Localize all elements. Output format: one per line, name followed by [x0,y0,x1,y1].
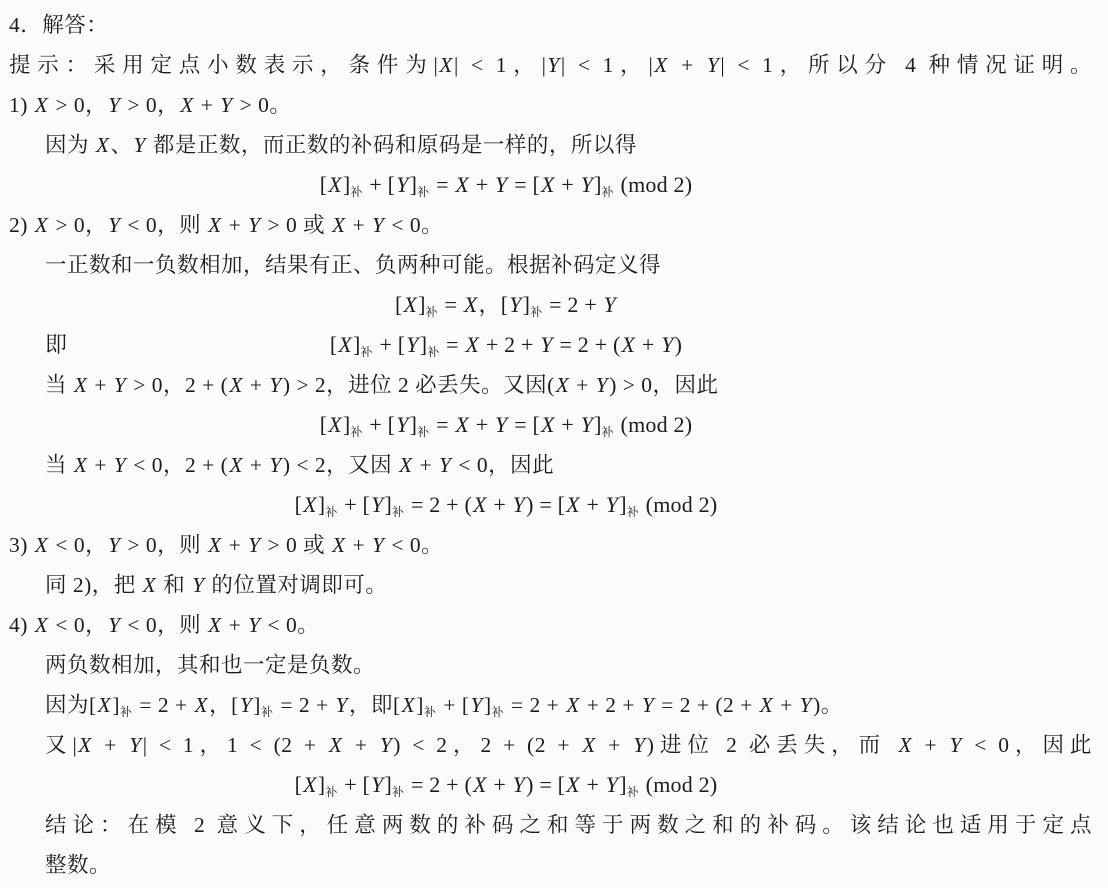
math-variable: Y [470,693,484,717]
text-run: ] [112,693,120,717]
formula-label: 即 [45,325,68,365]
text-line-12: 当 X + Y < 0，2 + (X + Y) < 2，又因 X + Y < 0… [0,445,1108,485]
text-line-21: 结论：在模 2 意义下，任意两数的补码之和等于两数之和的补码。该结论也适用于定点 [0,805,1108,845]
text-line-1: 4．解答： [0,5,1108,45]
math-variable: X [142,573,158,597]
math-variable: Y [113,453,127,477]
text-run: ] [353,332,361,357]
math-variable: Y [371,213,385,237]
text-run: ) > 0，因此 [609,373,718,397]
text-run: + [347,533,371,557]
text-run: 3) [9,533,34,557]
text-run: + [581,492,605,517]
text-run: 和 [157,573,191,597]
text-run: = 2 + [543,292,602,317]
text-run: + [ [339,492,371,517]
text-run: + [470,412,494,437]
math-variable: X [472,772,488,797]
math-variable: Y [268,373,282,397]
text-run: )进位 2 必丢失，而 [647,733,898,757]
text-run: ] [594,412,602,437]
complement-subscript: 补 [325,785,338,799]
math-variable: Y [706,53,720,77]
text-run: + [488,772,512,797]
math-variable: Y [370,492,384,517]
math-variable: X [302,772,318,797]
math-variable: X [555,373,571,397]
text-run: | < 1，1 < (2 + [143,733,328,757]
math-variable: X [34,213,50,237]
text-run: 因为 [45,133,95,157]
text-run: > 0， [122,93,180,117]
text-run: + [ [364,412,396,437]
complement-subscript: 补 [602,185,615,199]
text-run: + [93,733,128,757]
math-variable: X [402,292,418,317]
math-variable: X [472,492,488,517]
text-run: 因为[ [45,693,97,717]
text-run: ] [594,172,602,197]
complement-subscript: 补 [261,705,275,719]
text-run: < 0。 [262,613,320,637]
math-variable: X [463,292,479,317]
text-run: + [223,533,247,557]
text-run: > 0，则 [122,533,208,557]
math-variable: Y [603,292,617,317]
text-run: + [223,213,247,237]
math-variable: X [327,172,343,197]
text-run: + [470,172,494,197]
text-run: ) = [ [526,772,565,797]
text-run: < 0，因此 [452,453,554,477]
formula-line-11: [X]补 + [Y]补 = X + Y = [X + Y]补 (mod 2) [0,405,1108,445]
text-run: = 2 + [505,693,565,717]
text-run: + [ [339,772,371,797]
document-body: 4．解答：提示：采用定点小数表示，条件为|X| < 1，|Y| < 1，|X +… [0,0,1108,888]
math-variable: X [337,332,353,357]
text-run: ) [675,332,683,357]
math-variable: Y [379,733,393,757]
math-variable: Y [494,172,508,197]
text-run: ) > 2，进位 2 必丢失。又因( [283,373,555,397]
math-variable: Y [948,733,962,757]
math-variable: X [565,693,581,717]
text-run: )。 [813,693,843,717]
complement-subscript: 补 [602,425,615,439]
text-run: ] [619,492,627,517]
text-run: 提示：采用定点小数表示，条件为| [9,53,438,77]
math-variable: Y [632,733,646,757]
math-variable: X [73,453,89,477]
math-variable: Y [395,172,409,197]
math-variable: Y [512,772,526,797]
text-line-16: 4) X < 0，Y < 0，则 X + Y < 0。 [0,605,1108,645]
text-run: + [414,453,438,477]
math-variable: X [207,533,223,557]
text-run: + [669,53,706,77]
text-run: + [913,733,948,757]
math-variable: Y [512,492,526,517]
text-run: 同 2)，把 [45,573,142,597]
math-variable: X [328,733,344,757]
text-run: ] [416,693,424,717]
math-variable: X [454,172,470,197]
math-variable: X [194,693,210,717]
text-run: + [223,613,247,637]
complement-subscript: 补 [417,185,430,199]
text-run: > 0 或 [262,213,331,237]
text-run: + 2 + [581,693,641,717]
complement-subscript: 补 [350,185,363,199]
text-run: + [556,412,580,437]
text-run: + [597,733,632,757]
text-run: < 0，则 [122,213,208,237]
math-variable: Y [107,93,121,117]
math-variable: Y [247,613,261,637]
text-run: = 2 + (2 + [655,693,758,717]
text-run: + [89,453,113,477]
text-run: 结论：在模 2 意义下，任意两数的补码之和等于两数之和的补码。该结论也适用于定点 [45,813,1092,837]
text-run: | < 1，| [561,53,653,77]
math-variable: Y [605,492,619,517]
math-variable: X [207,613,223,637]
text-run: + [636,332,660,357]
text-run: < 0，因此 [963,733,1092,757]
math-variable: Y [641,693,655,717]
text-run: = [440,332,464,357]
math-variable: Y [580,412,594,437]
complement-subscript: 补 [361,345,374,359]
math-variable: Y [335,693,349,717]
text-run: ) = [ [526,492,565,517]
text-run: < 0， [49,533,107,557]
complement-subscript: 补 [530,305,543,319]
text-run: + [ [364,172,396,197]
text-run: 一正数和一负数相加，结果有正、负两种可能。根据补码定义得 [45,253,661,277]
math-variable: Y [508,292,522,317]
math-variable: X [540,172,556,197]
text-run: > 0，2 + ( [127,373,228,397]
complement-subscript: 补 [120,705,134,719]
text-run: ] [385,772,393,797]
text-run: 整数。 [45,853,111,877]
math-variable: X [228,453,244,477]
complement-subscript: 补 [424,705,438,719]
math-variable: Y [370,772,384,797]
math-variable: X [331,213,347,237]
text-run: ] [385,492,393,517]
text-run: | < 1，所以分 4 种情况证明。 [720,53,1092,77]
document-page: { "page": { "background_color": "#fbfbf9… [0,0,1108,888]
text-run: ) < 2，2 + (2 + [393,733,581,757]
complement-subscript: 补 [392,505,405,519]
math-variable: X [653,53,669,77]
text-line-22: 整数。 [0,845,1108,885]
math-variable: X [34,93,50,117]
text-line-15: 同 2)，把 X 和 Y 的位置对调即可。 [0,565,1108,605]
formula-line-13: [X]补 + [Y]补 = 2 + (X + Y) = [X + Y]补 (mo… [0,485,1108,525]
text-run: = 2 + ( [405,492,472,517]
text-run: > 0。 [234,93,292,117]
text-run: 4．解答： [9,13,108,37]
text-run: = [430,412,454,437]
math-variable: Y [247,213,261,237]
formula-line-9: 即[X]补 + [Y]补 = X + 2 + Y = 2 + (X + Y) [0,325,1108,365]
text-run: ，[ [479,292,509,317]
text-run: + [ [374,332,406,357]
text-run: + [774,693,798,717]
text-run: + [244,373,268,397]
text-run: + [488,492,512,517]
text-run: < 0。 [385,533,443,557]
math-variable: Y [247,533,261,557]
math-variable: Y [371,533,385,557]
text-run: (mod 2) [640,772,717,797]
math-variable: Y [438,453,452,477]
text-run: ) < 2，又因 [283,453,398,477]
text-run: = [ [508,412,540,437]
math-variable: X [73,373,89,397]
math-variable: Y [660,332,674,357]
math-variable: Y [580,172,594,197]
text-run: 、 [111,133,133,157]
math-variable: Y [405,332,419,357]
math-variable: Y [128,733,142,757]
text-run: (mod 2) [640,492,717,517]
text-run: | < 1，| [454,53,546,77]
text-line-7: 一正数和一负数相加，结果有正、负两种可能。根据补码定义得 [0,245,1108,285]
math-variable: X [77,733,93,757]
formula-line-5: [X]补 + [Y]补 = X + Y = [X + Y]补 (mod 2) [0,165,1108,205]
math-variable: X [565,772,581,797]
math-variable: X [34,613,50,637]
complement-subscript: 补 [427,345,440,359]
math-variable: X [207,213,223,237]
text-line-3: 1) X > 0，Y > 0，X + Y > 0。 [0,85,1108,125]
math-variable: Y [395,412,409,437]
formula-line-20: [X]补 + [Y]补 = 2 + (X + Y) = [X + Y]补 (mo… [0,765,1108,805]
text-run: ] [484,693,492,717]
complement-subscript: 补 [426,305,439,319]
math-variable: Y [219,93,233,117]
text-run: = [439,292,463,317]
math-variable: X [401,693,417,717]
math-variable: X [97,693,113,717]
math-variable: Y [107,213,121,237]
math-variable: X [898,733,914,757]
text-run: > 0 或 [262,533,331,557]
text-run: = [ [508,172,540,197]
math-variable: X [327,412,343,437]
text-run: + [244,453,268,477]
math-variable: X [34,533,50,557]
math-variable: X [621,332,637,357]
text-run: + [347,213,371,237]
text-run: + [195,93,219,117]
math-variable: Y [268,453,282,477]
math-variable: Y [799,693,813,717]
text-run: ，即[ [349,693,401,717]
math-variable: X [179,93,195,117]
math-variable: Y [107,613,121,637]
text-run: = 2 + ( [554,332,621,357]
text-run: < 0，则 [122,613,208,637]
math-variable: X [228,373,244,397]
text-run: = 2 + [274,693,334,717]
complement-subscript: 补 [417,425,430,439]
math-variable: X [464,332,480,357]
math-variable: Y [133,133,147,157]
text-run: = [430,172,454,197]
text-run: 2) [9,213,34,237]
math-variable: X [540,412,556,437]
math-variable: Y [595,373,609,397]
text-run: 又| [45,733,77,757]
math-variable: X [565,492,581,517]
text-run: = 2 + [134,693,194,717]
text-run: 的位置对调即可。 [206,573,388,597]
text-run: 都是正数，而正数的补码和原码是一样的，所以得 [147,133,637,157]
text-line-18: 因为[X]补 = 2 + X，[Y]补 = 2 + Y，即[X]补 + [Y]补… [0,685,1108,725]
text-run: + [89,373,113,397]
text-run: + [344,733,379,757]
math-variable: X [331,533,347,557]
math-variable: X [438,53,454,77]
math-variable: X [581,733,597,757]
text-run: + [570,373,594,397]
text-line-17: 两负数相加，其和也一定是负数。 [0,645,1108,685]
text-run: > 0， [49,93,107,117]
text-run: 当 [45,373,73,397]
text-run: < 0。 [385,213,443,237]
text-line-14: 3) X < 0，Y > 0，则 X + Y > 0 或 X + Y < 0。 [0,525,1108,565]
math-variable: X [454,412,470,437]
text-run: ] [619,772,627,797]
text-run: 当 [45,453,73,477]
complement-subscript: 补 [325,505,338,519]
text-line-2: 提示：采用定点小数表示，条件为|X| < 1，|Y| < 1，|X + Y| <… [0,45,1108,85]
text-run: + 2 + [480,332,539,357]
text-run: < 0，2 + ( [127,453,228,477]
math-variable: Y [113,373,127,397]
text-run: ] [253,693,261,717]
math-variable: Y [494,412,508,437]
text-run: 4) [9,613,34,637]
complement-subscript: 补 [627,505,640,519]
formula-line-8: [X]补 = X，[Y]补 = 2 + Y [0,285,1108,325]
text-run: > 0， [49,213,107,237]
math-variable: Y [191,573,205,597]
text-run: 两负数相加，其和也一定是负数。 [45,653,375,677]
text-line-4: 因为 X、Y 都是正数，而正数的补码和原码是一样的，所以得 [0,125,1108,165]
complement-subscript: 补 [627,785,640,799]
text-run: ，[ [209,693,239,717]
text-run: (mod 2) [615,412,692,437]
math-variable: X [302,492,318,517]
text-run: < 0， [49,613,107,637]
math-variable: Y [107,533,121,557]
text-line-10: 当 X + Y > 0，2 + (X + Y) > 2，进位 2 必丢失。又因(… [0,365,1108,405]
text-line-19: 又|X + Y| < 1，1 < (2 + X + Y) < 2，2 + (2 … [0,725,1108,765]
math-variable: Y [546,53,560,77]
complement-subscript: 补 [350,425,363,439]
text-run: = 2 + ( [405,772,472,797]
math-variable: X [759,693,775,717]
text-run: + [556,172,580,197]
complement-subscript: 补 [392,785,405,799]
math-variable: Y [539,332,553,357]
text-run: 1) [9,93,34,117]
text-run: + [ [437,693,469,717]
text-line-6: 2) X > 0，Y < 0，则 X + Y > 0 或 X + Y < 0。 [0,205,1108,245]
complement-subscript: 补 [492,705,506,719]
text-run: + [581,772,605,797]
math-variable: X [95,133,111,157]
text-run: ] [418,292,426,317]
math-variable: X [398,453,414,477]
math-variable: Y [605,772,619,797]
math-variable: Y [239,693,253,717]
text-run: (mod 2) [615,172,692,197]
